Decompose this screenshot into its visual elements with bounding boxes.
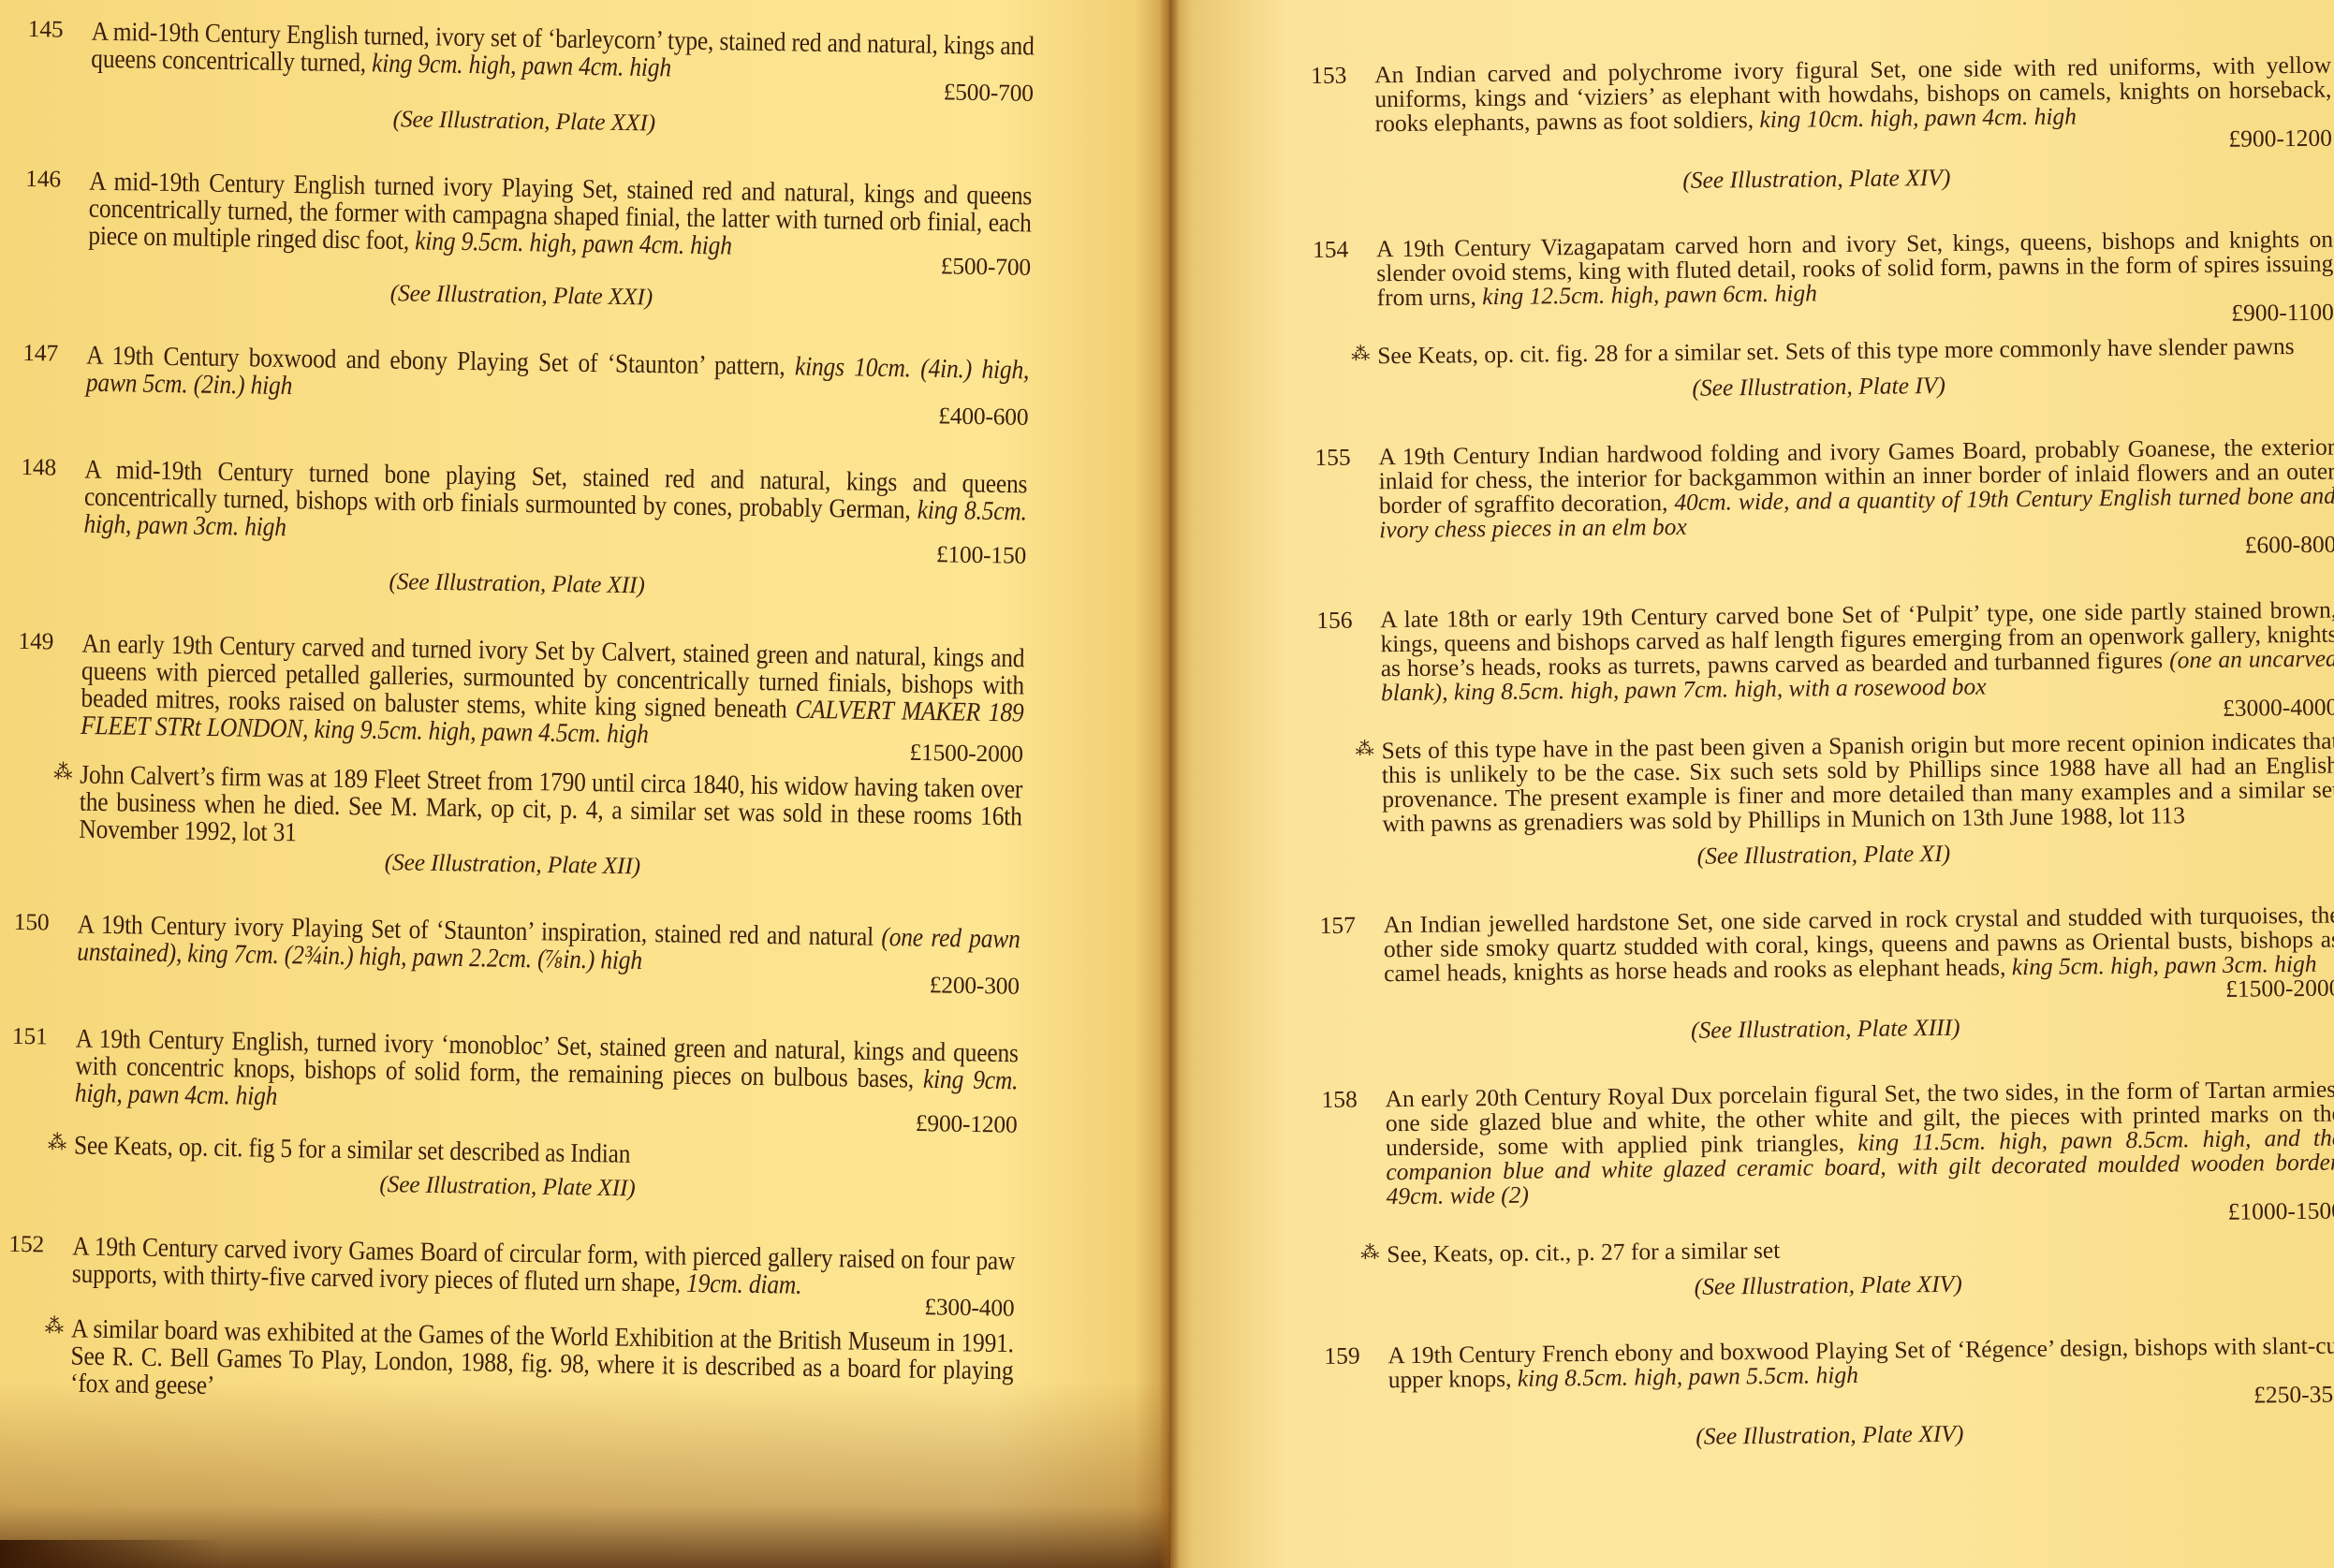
lot-description: A 19th Century English, turned ivory ‘mo… <box>75 1025 1019 1121</box>
lot-number: 154 <box>1313 237 1369 262</box>
lot-entry: 158 An early 20th Century Royal Dux porc… <box>1321 1077 2334 1303</box>
lot-entry: 145 A mid-19th Century English turned, i… <box>26 17 1035 141</box>
lot-entry: 150 A 19th Century ivory Playing Set of … <box>13 910 1020 999</box>
lot-number: 153 <box>1311 63 1367 88</box>
lot-number: 152 <box>8 1232 65 1257</box>
lot-number: 147 <box>22 341 79 366</box>
lot-number: 159 <box>1324 1343 1380 1369</box>
lot-number: 150 <box>14 910 70 935</box>
asterism-icon: ⁂ <box>1360 1240 1375 1265</box>
lot-note: ⁂ See, Keats, op. cit., p. 27 for a simi… <box>1387 1233 2334 1268</box>
lot-entry: 146 A mid-19th Century English turned iv… <box>23 167 1032 315</box>
asterism-icon: ⁂ <box>1356 737 1371 761</box>
lot-note: ⁂ John Calvert’s firm was at 189 Fleet S… <box>79 761 1022 857</box>
lot-description: A 19th Century Vizagapatam carved horn a… <box>1376 227 2334 311</box>
lot-note: ⁂ See Keats, op. cit. fig. 28 for a simi… <box>1377 334 2334 369</box>
lot-note-text: See Keats, op. cit. fig. 28 for a simila… <box>1377 332 2295 369</box>
lot-note-text: See Keats, op. cit. fig 5 for a similar … <box>74 1130 631 1169</box>
plate-reference: (See Illustration, Plate XXI) <box>87 276 1030 315</box>
book-gutter <box>1159 0 1180 1568</box>
lot-dimensions: 19cm. diam. <box>686 1268 802 1299</box>
lot-number: 146 <box>25 167 81 192</box>
lot-description: A late 18th or early 19th Century carved… <box>1380 598 2334 706</box>
right-column: 153 An Indian carved and polychrome ivor… <box>1311 53 2334 1494</box>
lot-entry: 156 A late 18th or early 19th Century ca… <box>1316 598 2334 872</box>
left-column: 145 A mid-19th Century English turned, i… <box>6 17 1035 1444</box>
plate-reference: (See Illustration, Plate XXI) <box>90 102 1033 141</box>
lot-entry: 151 A 19th Century English, turned ivory… <box>9 1024 1019 1207</box>
lot-note-text: John Calvert’s firm was at 189 Fleet Str… <box>79 759 1022 847</box>
lot-note: ⁂ See Keats, op. cit. fig 5 for a simila… <box>74 1132 1017 1174</box>
lot-note: ⁂ A similar board was exhibited at the G… <box>70 1315 1014 1412</box>
lot-entry: 153 An Indian carved and polychrome ivor… <box>1311 53 2332 197</box>
right-page: 153 An Indian carved and polychrome ivor… <box>1170 0 2334 1568</box>
lot-number: 149 <box>18 629 74 654</box>
lot-description: An early 19th Century carved and turned … <box>81 630 1025 754</box>
lot-description: An Indian jewelled hardstone Set, one si… <box>1384 903 2334 987</box>
lot-number: 156 <box>1316 608 1373 633</box>
lot-entry: 154 A 19th Century Vizagapatam carved ho… <box>1313 227 2334 404</box>
lot-number: 158 <box>1321 1087 1377 1112</box>
lot-dimensions: king 9.5cm. high, pawn 4cm. high <box>415 226 732 261</box>
lot-entry: 159 A 19th Century French ebony and boxw… <box>1324 1334 2334 1453</box>
lot-description: A mid-19th Century English turned ivory … <box>88 168 1032 264</box>
plate-reference: (See Illustration, Plate XII) <box>82 564 1025 604</box>
asterism-icon: ⁂ <box>1351 342 1366 366</box>
asterism-icon: ⁂ <box>53 758 68 785</box>
plate-reference: (See Illustration, Plate XIV) <box>1375 162 2332 197</box>
page-shadow <box>0 1540 225 1568</box>
plate-reference: (See Illustration, Plate XIII) <box>1385 1012 2334 1047</box>
plate-reference: (See Illustration, Plate XII) <box>73 1167 1016 1207</box>
left-page: 145 A mid-19th Century English turned, i… <box>0 0 1170 1568</box>
plate-reference: (See Illustration, Plate XIV) <box>1387 1268 2334 1303</box>
lot-description: A 19th Century Indian hardwood folding a… <box>1378 435 2334 543</box>
lot-dimensions: king 9cm. high, pawn 4cm. high <box>372 48 671 82</box>
lot-dimensions: king 12.5cm. high, pawn 6cm. high <box>1482 279 1817 310</box>
asterism-icon: ⁂ <box>48 1129 63 1156</box>
lot-number: 157 <box>1320 913 1376 938</box>
lot-note: ⁂ Sets of this type have in the past bee… <box>1382 729 2334 837</box>
lot-description: An early 20th Century Royal Dux porcelai… <box>1385 1077 2334 1209</box>
catalogue-spread: 145 A mid-19th Century English turned, i… <box>0 0 2334 1568</box>
lot-dimensions: king 10cm. high, pawn 4cm. high <box>1759 102 2077 133</box>
lot-entry: 155 A 19th Century Indian hardwood foldi… <box>1314 435 2334 567</box>
lot-entry: 157 An Indian jewelled hardstone Set, on… <box>1320 903 2334 1047</box>
lot-note-text: See, Keats, op. cit., p. 27 for a simila… <box>1387 1237 1780 1268</box>
lot-dimensions: king 8.5cm. high, pawn 5.5cm. high <box>1518 1361 1858 1392</box>
lot-number: 148 <box>21 455 77 480</box>
lot-entry: 149 An early 19th Century carved and tur… <box>15 629 1025 885</box>
lot-entry: 147 A 19th Century boxwood and ebony Pla… <box>22 341 1029 430</box>
asterism-icon: ⁂ <box>45 1312 60 1340</box>
lot-description: An Indian carved and polychrome ivory fi… <box>1374 53 2332 137</box>
lot-note-text: A similar board was exhibited at the Gam… <box>70 1313 1014 1400</box>
lot-entry: 148 A mid-19th Century turned bone playi… <box>19 455 1027 604</box>
lot-entry: 152 A 19th Century carved ivory Games Bo… <box>7 1232 1015 1403</box>
lot-number: 145 <box>28 17 84 42</box>
lot-number: 151 <box>12 1024 68 1049</box>
lot-description: A mid-19th Century turned bone playing S… <box>83 456 1027 552</box>
lot-number: 155 <box>1314 445 1371 470</box>
lot-note-text: Sets of this type have in the past been … <box>1382 727 2334 838</box>
plate-reference: (See Illustration, Plate XI) <box>1383 838 2334 872</box>
plate-reference: (See Illustration, Plate IV) <box>1378 370 2334 404</box>
lot-description-text: A 19th Century carved ivory Games Board … <box>72 1231 1016 1298</box>
plate-reference: (See Illustration, Plate XIV) <box>1388 1418 2334 1453</box>
